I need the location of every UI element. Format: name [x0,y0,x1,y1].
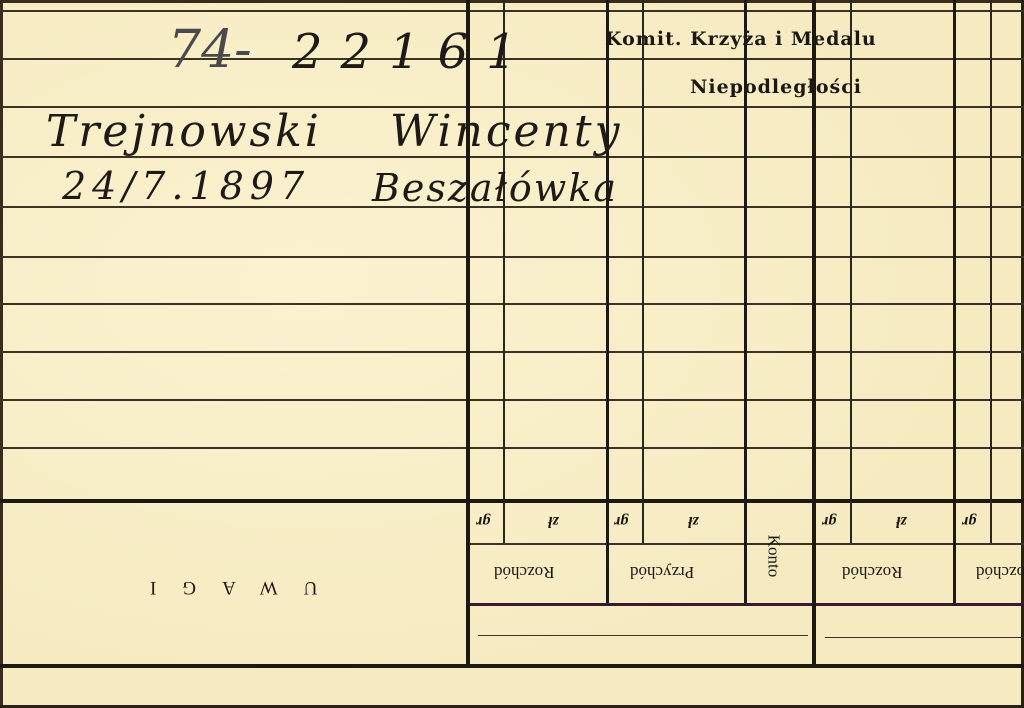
column-divider [990,0,992,543]
column-konto: Konto [763,535,783,578]
rule-line [0,303,1024,305]
rule-line [0,10,1024,12]
gr-label: gr [822,512,836,530]
column-divider [503,0,505,543]
column-divider-main [812,0,816,666]
zl-label: zł [688,512,699,530]
column-rozchod-3: Rozchód [976,562,1024,582]
total-rule [478,635,808,636]
column-rozchod: Rozchód [494,562,554,582]
index-card: Komit. Krzyża i Medalu Niepodległości 74… [0,0,1024,708]
total-rule [825,637,1024,638]
ledger-total-line [470,603,1024,606]
ledger-top-border [0,499,1024,503]
gr-label: gr [476,512,490,530]
card-edge-top [0,0,1024,3]
subheader-line [470,543,1024,545]
pencil-reference-number: 74- [168,20,252,80]
remarks-label: UWAGI [124,576,317,598]
column-divider [953,0,956,603]
column-przychod: Przychód [630,562,694,582]
rule-line [0,447,1024,449]
rule-line [0,399,1024,401]
rule-line [0,256,1024,258]
ink-reference-number: 22161 [292,24,535,80]
column-divider [642,0,644,543]
header-line-2: Niepodległości [690,76,862,98]
gr-label: gr [962,512,976,530]
column-rozchod-2: Rozchód [842,562,902,582]
surname: Trejnowski [46,106,322,157]
column-divider-main [466,0,470,666]
given-name: Wincenty [390,106,622,157]
rule-line [0,351,1024,353]
birth-date: 24/7.1897 [62,164,310,208]
zl-label: zł [548,512,559,530]
zl-label: zł [896,512,907,530]
birth-place: Beszałówka [372,166,618,210]
ledger-bottom-border [0,664,1024,668]
column-divider [606,0,609,603]
header-line-1: Komit. Krzyża i Medalu [605,28,877,50]
gr-label: gr [614,512,628,530]
